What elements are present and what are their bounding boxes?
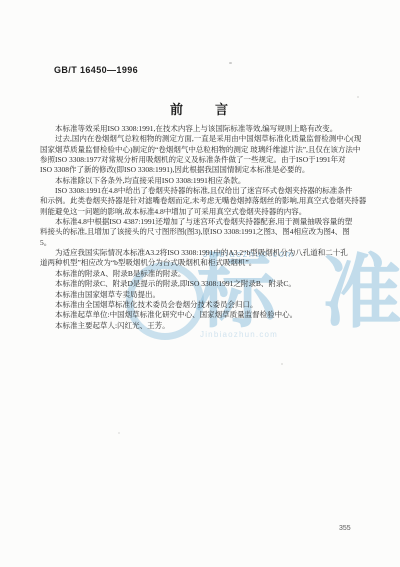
- text-line: 为适应我国实际情况本标准A3.2将ISO 3308:1991中的A3.2“b型吸…: [40, 248, 366, 258]
- text-line: 本标准起草单位:中国烟草标准化研究中心、国家烟草质量监督检验中心。: [40, 310, 366, 320]
- text-line: 本标准主要起草人:闪红光、王芳。: [40, 321, 366, 331]
- text-line: 本标准由国家烟草专卖局提出。: [40, 290, 366, 300]
- text-line: 料接头的标准,且增加了该接头的尺寸图形图(图3),原ISO 3308:1991之…: [40, 227, 366, 237]
- text-line: 本标准除以下各条外,均直接采用ISO 3308:1991相应条款。: [40, 176, 366, 186]
- text-line: 本标准的附录C、附录D是提示的附录,即ISO 3308:1991之附录B、附录C…: [40, 279, 366, 289]
- text-line: 和示例。此类卷烟夹持器是针对滤嘴卷烟而定,未考虑无嘴卷烟掉落烟丝的影响,用真空式…: [40, 196, 366, 206]
- watermark-url-text-faint: Jinbiaozhun.com: [200, 330, 278, 339]
- scan-speck: [229, 62, 232, 64]
- page-number: 355: [339, 525, 351, 532]
- text-line: 参照ISO 3308:1977对常规分析用吸烟机的定义及标准条件做了一些规定。由…: [40, 155, 366, 165]
- body-text: 本标准等效采用ISO 3308:1991,在技术内容上与该国际标准等效,编写规则…: [40, 124, 366, 331]
- standard-code: GB/T 16450—1996: [54, 65, 138, 75]
- scan-speck: [357, 96, 359, 98]
- text-line: 国家烟草质量监督检验中心)制定的“卷烟烟气中总粒相物的测定 玻璃纤维滤片法”,且…: [40, 145, 366, 155]
- scanned-document-page: GB/T 16450—1996 前 言 Jinbiaozhun.com 标准 J…: [0, 0, 400, 567]
- text-line: ISO 3308作了新的修改(即ISO 3308:1991),因此根据我国国情制…: [40, 165, 366, 175]
- text-line: ISO 3308:1991在4.8中给出了卷烟夹持器的标准,且仅给出了迷宫环式卷…: [40, 186, 366, 196]
- page-title: 前 言: [0, 99, 400, 118]
- text-line: 本标准4.8中根据ISO 4387:1991还增加了与迷宫环式卷烟夹持器配套,用…: [40, 217, 366, 227]
- text-line: 5。: [40, 238, 366, 248]
- text-line: 本标准等效采用ISO 3308:1991,在技术内容上与该国际标准等效,编写规则…: [40, 124, 366, 134]
- text-line: 则能避免这一问题的影响,故本标准4.8中增加了可采用真空式卷烟夹持器的内容。: [40, 207, 366, 217]
- text-line: 本标准的附录A、附录B是标准的附录。: [40, 269, 366, 279]
- scan-speck: [281, 363, 283, 365]
- text-line: 道两种机型”相应改为“b型吸烟机分为台式吸烟机和柜式吸烟机”。: [40, 258, 366, 268]
- text-line: 过去,国内在卷烟烟气总粒相物的测定方面,一直是采用由中国烟草标准化质量监督检测中…: [40, 134, 366, 144]
- text-line: 本标准由全国烟草标准化技术委员会卷烟分技术委员会归口。: [40, 300, 366, 310]
- scan-speck: [118, 432, 120, 434]
